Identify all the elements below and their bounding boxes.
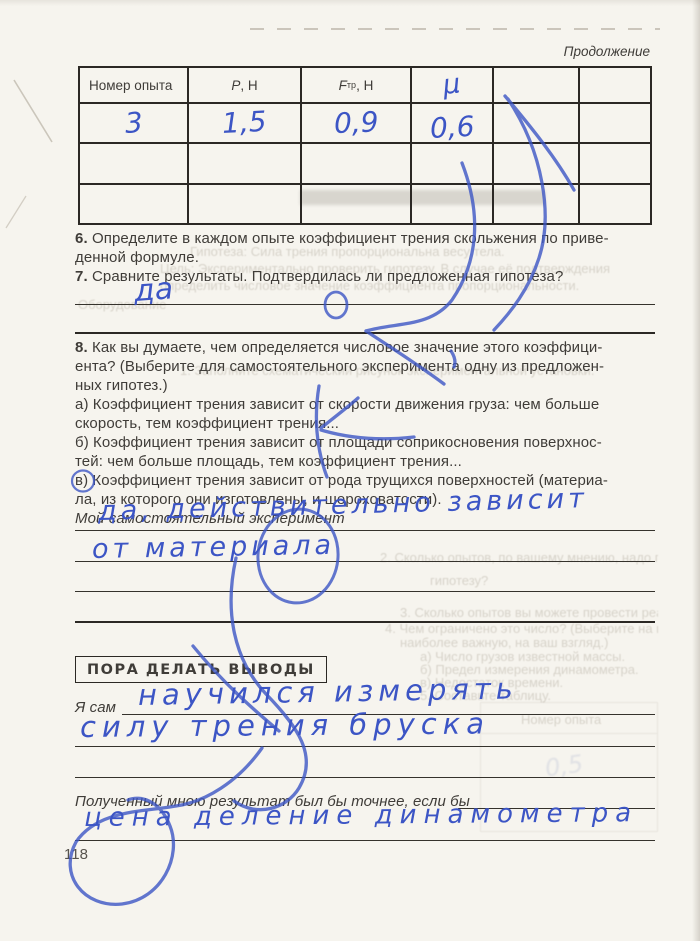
table-cell-p: 1,5	[189, 104, 302, 144]
crease-line	[250, 28, 660, 30]
answer-line	[75, 746, 655, 747]
table-cell-empty	[189, 144, 302, 185]
table-cell-f: 0,9	[302, 104, 412, 144]
table-cell-empty	[580, 185, 650, 223]
bleed-line: гипотезу?	[430, 572, 658, 589]
table-cell-empty	[494, 144, 580, 185]
bleed-line: а) Число грузов известной массы.	[420, 648, 658, 665]
workbook-page: Гипотеза: Сила трения пропорциональна ве…	[0, 0, 700, 941]
table-header-experiment-number: Номер опыта	[80, 68, 189, 104]
table-cell-empty	[412, 185, 494, 223]
experiment-table: Номер опыта P, Н Fтр, Н μ 3 1,5 0,9 0,6	[78, 66, 652, 225]
table-cell-empty	[80, 185, 189, 223]
table-cell-empty	[494, 104, 580, 144]
table-cell-n: 3	[80, 104, 189, 144]
answer-line	[75, 530, 655, 531]
table-cell-empty	[302, 185, 412, 223]
table-cell-empty	[580, 144, 650, 185]
section-divider	[75, 332, 655, 334]
table-cell-empty	[302, 144, 412, 185]
answer-line	[75, 561, 655, 562]
handwritten-better-if: цена деление динамометра	[84, 798, 638, 833]
section-divider	[75, 621, 655, 623]
table-header-friction-force: Fтр, Н	[302, 68, 412, 104]
pencil-marks	[0, 0, 70, 260]
table-cell-mu: 0,6	[412, 104, 494, 144]
handwritten-answer-q7: да	[133, 271, 174, 309]
table-cell-empty	[494, 185, 580, 223]
table-header-mu-handwritten: μ	[412, 68, 494, 104]
answer-line	[75, 777, 655, 778]
handwritten-ya-sam-line2: силу трения бруска	[80, 706, 490, 744]
question-6: 6. Определите в каждом опыте коэффициент…	[75, 229, 609, 267]
bleed-line: 2. Сколько опытов, по вашему мнению, над…	[380, 549, 658, 566]
table-header-weight: P, Н	[189, 68, 302, 104]
table-cell-empty	[80, 144, 189, 185]
continuation-label: Продолжение	[480, 44, 650, 59]
handwritten-experiment-answer-line2: от материала	[92, 530, 336, 565]
bleed-line: 3. Сколько опытов вы можете провести реа…	[400, 604, 658, 621]
table-cell-empty	[412, 144, 494, 185]
page-number: 118	[64, 846, 88, 863]
table-cell-empty	[580, 104, 650, 144]
table-header-empty	[580, 68, 650, 104]
bleed-line: наиболее важную, на ваш взгляд.)	[400, 634, 658, 651]
answer-line	[75, 840, 655, 841]
table-cell-empty	[189, 185, 302, 223]
answer-line	[75, 591, 655, 592]
table-header-empty	[494, 68, 580, 104]
